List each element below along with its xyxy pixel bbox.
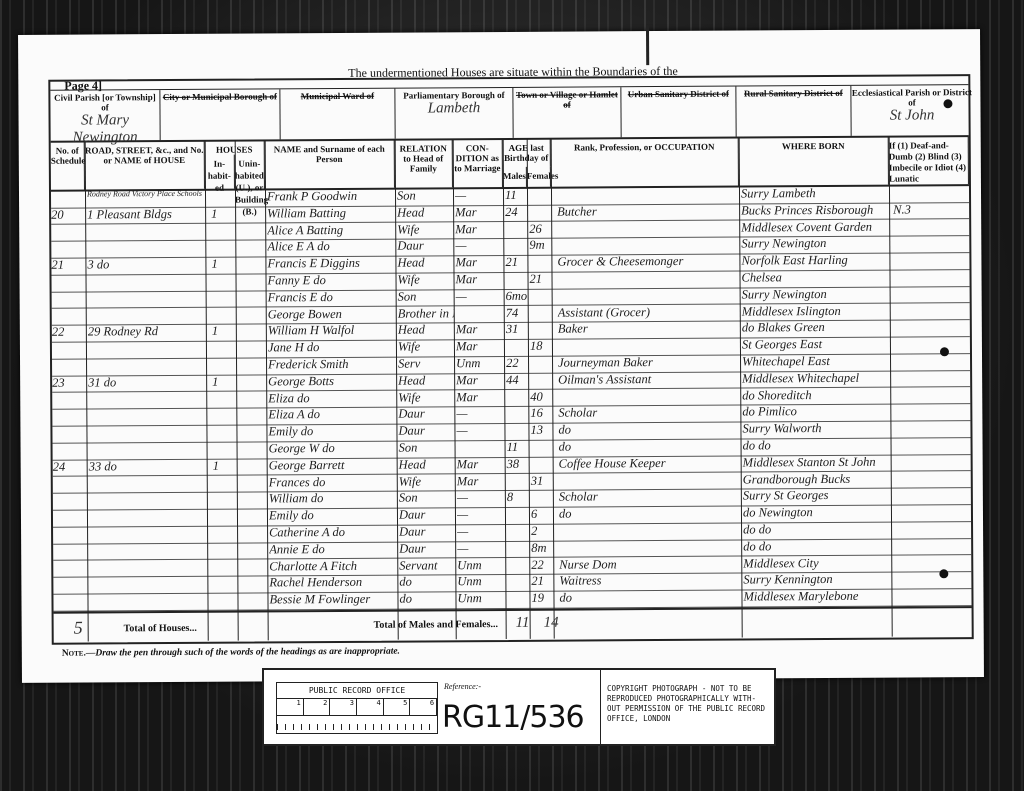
cell-relation: Head	[399, 457, 455, 472]
reference-label: Reference:-	[444, 682, 481, 691]
cell-female: 19	[531, 591, 553, 606]
scale-mark: 2	[304, 699, 331, 715]
cell-occupation: Waitress	[559, 573, 739, 589]
cell-female: 8m	[531, 540, 553, 555]
cell-condition: Mar	[456, 390, 504, 405]
archive-label: PUBLIC RECORD OFFICE 123456 Reference:- …	[262, 668, 776, 746]
cell-born: Middlesex Covent Garden	[741, 219, 889, 235]
cell-name: Jane H do	[268, 340, 396, 356]
cell-occupation: Coffee House Keeper	[559, 455, 739, 471]
column-header-condition: CON-DITION as to Marriage	[453, 139, 503, 187]
cell-occupation: Baker	[558, 321, 738, 337]
cell-condition: Mar	[455, 272, 503, 287]
females-total: 14	[544, 615, 559, 632]
cell-relation: do	[399, 575, 455, 590]
cell-female: 26	[529, 221, 551, 236]
cell-name: Bessie M Fowlinger	[269, 592, 397, 608]
column-header-inhabited: In-habit-ed	[205, 155, 235, 189]
cell-relation: Son	[398, 289, 454, 304]
header-field: Rural Sanitary District of	[736, 86, 851, 137]
cell-occupation: Nurse Dom	[559, 556, 739, 572]
column-header-uninhabited: Unin-habited (U.), or Building (B.)	[235, 154, 265, 188]
cell-road: 3 do	[87, 257, 205, 273]
cell-born: do Shoreditch	[742, 387, 890, 403]
reference-number: RG11/536	[442, 700, 584, 735]
cell-occupation: Oilman's Assistant	[558, 371, 738, 387]
cell-inhabited: 1	[211, 206, 235, 221]
cell-condition: —	[455, 188, 503, 203]
cell-occupation: Scholar	[559, 489, 739, 505]
column-header-infirmity: If (1) Deaf-and-Dumb (2) Blind (3) Imbec…	[889, 136, 969, 184]
cell-infirmity: N.3	[893, 202, 969, 217]
column-header-occupation: Rank, Profession, or OCCUPATION	[551, 138, 739, 187]
cell-occupation: Assistant (Grocer)	[558, 304, 738, 320]
cell-name: Emily do	[269, 508, 397, 524]
totals-row: 5 Total of Houses... Total of Males and …	[54, 606, 972, 647]
cell-name: Charlotte A Fitch	[269, 558, 397, 574]
cell-male: 11	[507, 440, 529, 455]
cell-born: Norfolk East Harling	[741, 253, 889, 269]
cell-relation: Wife	[399, 474, 455, 489]
cell-born: do do	[743, 522, 891, 538]
cell-relation: Head	[398, 373, 454, 388]
cell-female: 6	[531, 507, 553, 522]
copyright-notice: COPYRIGHT PHOTOGRAPH - NOT TO BE REPRODU…	[600, 670, 772, 744]
column-header-born: WHERE BORN	[739, 137, 889, 186]
cell-relation: Wife	[397, 272, 453, 287]
cell-born: Middlesex City	[743, 555, 891, 571]
cell-relation: Head	[398, 323, 454, 338]
cell-name: Fanny E do	[267, 273, 395, 289]
column-header-relation: RELATION to Head of Family	[395, 139, 453, 187]
cell-occupation: Grocer & Cheesemonger	[557, 254, 737, 270]
column-header-females: Females	[527, 167, 551, 187]
cell-born: Surry St Georges	[743, 488, 891, 504]
cell-inhabited: 1	[211, 257, 235, 272]
header-field-label: Municipal Ward of	[280, 91, 394, 102]
cell-condition: —	[457, 541, 505, 556]
cell-male: 74	[506, 305, 528, 320]
cell-road: 29 Rodney Rd	[88, 324, 206, 340]
column-header-males: Males	[503, 167, 527, 187]
header-field-value: Lambeth	[395, 100, 512, 118]
cell-born: Surry Lambeth	[741, 186, 889, 202]
cell-name: William do	[269, 491, 397, 507]
cell-born: Surry Newington	[741, 236, 889, 252]
cell-relation: Daur	[399, 541, 455, 556]
cell-condition: Mar	[456, 339, 504, 354]
cell-occupation: do	[558, 422, 738, 438]
cell-occupation: do	[559, 506, 739, 522]
cell-female: 16	[530, 406, 552, 421]
cell-condition: Mar	[457, 474, 505, 489]
header-field-label: City or Municipal Borough of	[160, 91, 279, 102]
cell-born: do do	[743, 538, 891, 554]
cell-schedule: 23	[52, 375, 86, 390]
cell-relation: Head	[397, 205, 453, 220]
cell-male: 6mo	[506, 289, 528, 304]
cell-relation: Servant	[399, 558, 455, 573]
cell-occupation: Journeyman Baker	[558, 355, 738, 371]
ink-blot	[940, 347, 949, 356]
cell-relation: Daur	[399, 507, 455, 522]
cell-born: do Newington	[743, 505, 891, 521]
cell-born: Whitechapel East	[742, 354, 890, 370]
cell-relation: Son	[399, 491, 455, 506]
cell-born: do Blakes Green	[742, 320, 890, 336]
cell-name: George Botts	[268, 373, 396, 389]
cell-relation: Head	[397, 255, 453, 270]
scale-ruler: 123456	[277, 699, 437, 716]
cell-name: Rachel Henderson	[269, 575, 397, 591]
cell-female: 31	[531, 473, 553, 488]
cell-born: Surry Kennington	[743, 572, 891, 588]
column-header-road: ROAD, STREET, &c., and No. or NAME of HO…	[85, 141, 205, 190]
cell-male: 8	[507, 490, 529, 505]
cell-condition: —	[457, 490, 505, 505]
scale-mark: 4	[357, 699, 384, 715]
header-field-label: Ecclesiastical Parish or District of	[851, 87, 972, 108]
footnote: Note.—Draw the pen through such of the w…	[62, 647, 400, 659]
cell-born: Bucks Princes Risborough	[741, 202, 889, 218]
cell-condition: Mar	[455, 205, 503, 220]
pro-scale-box: PUBLIC RECORD OFFICE 123456	[276, 682, 438, 734]
cell-occupation: Scholar	[558, 405, 738, 421]
column-headers: No. of ScheduleROAD, STREET, &c., and No…	[51, 136, 969, 192]
cell-name: George Barrett	[269, 457, 397, 473]
cell-condition: —	[457, 524, 505, 539]
cell-name: William H Walfol	[268, 323, 396, 339]
cell-name: Francis E Diggins	[267, 256, 395, 272]
cell-female: 13	[530, 423, 552, 438]
scale-mark: 1	[277, 699, 304, 715]
ink-blot	[939, 569, 948, 578]
cell-name: William Batting	[267, 205, 395, 221]
cell-relation: Daur	[397, 239, 453, 254]
cell-condition: Mar	[457, 457, 505, 472]
cell-relation: do	[399, 591, 455, 606]
cell-male: 22	[506, 356, 528, 371]
cell-condition: —	[455, 238, 503, 253]
cell-road: 1 Pleasant Bldgs	[87, 207, 205, 223]
cell-condition: —	[457, 507, 505, 522]
cell-condition: Unm	[457, 558, 505, 573]
header-field: Civil Parish [or Township] ofSt Mary New…	[50, 90, 160, 141]
cell-name: Catherine A do	[269, 525, 397, 541]
census-rows: Rodney Road Victory Place SchoolsFrank P…	[51, 186, 972, 612]
cell-male: 11	[505, 188, 527, 203]
cell-name: Eliza A do	[268, 407, 396, 423]
cell-name: Eliza do	[268, 390, 396, 406]
cell-born: do Pimlico	[742, 404, 890, 420]
cell-relation: Wife	[397, 222, 453, 237]
header-field: Town or Village or Hamlet of	[513, 87, 621, 138]
census-form: Civil Parish [or Township] ofSt Mary New…	[48, 74, 973, 645]
cell-condition: —	[456, 289, 504, 304]
cell-relation: Son	[399, 440, 455, 455]
males-total: 11	[516, 615, 530, 632]
census-page: Page 4] The undermentioned Houses are si…	[18, 29, 984, 683]
cell-condition: Mar	[456, 373, 504, 388]
header-field-label: Parliamentary Borough of	[395, 90, 512, 101]
cell-relation: Serv	[398, 356, 454, 371]
header-field-label: Rural Sanitary District of	[736, 88, 850, 99]
page-fold	[646, 25, 649, 65]
cell-occupation: do	[559, 590, 739, 606]
cell-condition: Mar	[455, 255, 503, 270]
cell-born: Middlesex Marylebone	[743, 589, 891, 605]
cell-name: Frances do	[269, 474, 397, 490]
cell-schedule: 22	[52, 325, 86, 340]
header-field: Urban Sanitary District of	[621, 87, 736, 138]
cell-female: 21	[531, 574, 553, 589]
column-header-schedule: No. of Schedule	[51, 142, 85, 190]
cell-name: Frederick Smith	[268, 357, 396, 373]
cell-male: 24	[505, 205, 527, 220]
inch-ticks	[277, 716, 437, 730]
scale-mark: 3	[330, 699, 357, 715]
cell-name: George W do	[269, 441, 397, 457]
header-field-value: St John	[851, 107, 972, 125]
cell-male: 44	[506, 373, 528, 388]
header-field: City or Municipal Borough of	[160, 89, 280, 140]
header-field: Parliamentary Borough ofLambeth	[395, 88, 513, 139]
cell-name: Annie E do	[269, 541, 397, 557]
cell-born: Surry Walworth	[742, 421, 890, 437]
cell-relation: Daur	[398, 423, 454, 438]
cell-name: Francis E do	[268, 289, 396, 305]
cell-relation: Daur	[398, 407, 454, 422]
cell-condition: Unm	[457, 574, 505, 589]
cell-name: Emily do	[268, 424, 396, 440]
cell-female: 21	[529, 272, 551, 287]
cell-born: Grandborough Bucks	[743, 471, 891, 487]
cell-road: 33 do	[89, 459, 207, 475]
cell-name: Alice E A do	[267, 239, 395, 255]
cell-condition: Mar	[455, 222, 503, 237]
cell-name: Alice A Batting	[267, 222, 395, 238]
header-field: Ecclesiastical Parish or District ofSt J…	[851, 85, 972, 136]
column-header-name: NAME and Surname of each Person	[265, 140, 395, 189]
cell-condition: Unm	[457, 591, 505, 606]
cell-condition: —	[456, 406, 504, 421]
cell-born: do do	[743, 438, 891, 454]
scale-mark: 6	[410, 699, 437, 715]
boundary-header: Civil Parish [or Township] ofSt Mary New…	[50, 84, 968, 143]
cell-occupation: Butcher	[557, 203, 737, 219]
cell-road: Rodney Road Victory Place Schools	[87, 190, 205, 199]
cell-male: 31	[506, 322, 528, 337]
cell-male: 21	[505, 255, 527, 270]
cell-inhabited: 1	[212, 324, 236, 339]
cell-relation: Wife	[398, 390, 454, 405]
houses-total: 5	[74, 618, 83, 639]
cell-female: 40	[530, 389, 552, 404]
cell-born: Middlesex Whitechapel	[742, 370, 890, 386]
cell-female: 2	[531, 524, 553, 539]
persons-total-label: Total of Males and Females...	[374, 619, 498, 631]
cell-male: 38	[507, 457, 529, 472]
cell-female: 18	[530, 339, 552, 354]
cell-born: Middlesex Islington	[742, 303, 890, 319]
cell-condition: —	[456, 423, 504, 438]
header-field-label: Urban Sanitary District of	[621, 89, 735, 100]
cell-name: George Bowen	[268, 306, 396, 322]
header-field-label: Town or Village or Hamlet of	[513, 89, 620, 110]
cell-born: Chelsea	[741, 270, 889, 286]
cell-female: 22	[531, 557, 553, 572]
cell-relation: Son	[397, 188, 453, 203]
header-field-label: Civil Parish [or Township] of	[50, 92, 159, 113]
houses-total-label: Total of Houses...	[124, 623, 197, 634]
cell-born: St Georges East	[742, 337, 890, 353]
scale-mark: 5	[384, 699, 411, 715]
ink-blot	[943, 99, 952, 108]
cell-born: Surry Newington	[742, 286, 890, 302]
header-field: Municipal Ward of	[280, 89, 395, 140]
cell-schedule: 20	[51, 207, 85, 222]
cell-road: 31 do	[88, 375, 206, 391]
cell-schedule: 24	[53, 459, 87, 474]
cell-name: Frank P Goodwin	[267, 189, 395, 205]
cell-female: 9m	[529, 238, 551, 253]
cell-relation: Brother in Law	[398, 306, 454, 321]
cell-condition: Mar	[456, 322, 504, 337]
cell-inhabited: 1	[213, 458, 237, 473]
cell-born: Middlesex Stanton St John	[743, 454, 891, 470]
cell-relation: Daur	[399, 524, 455, 539]
cell-occupation: do	[559, 439, 739, 455]
cell-inhabited: 1	[212, 374, 236, 389]
cell-schedule: 21	[51, 258, 85, 273]
office-name: PUBLIC RECORD OFFICE	[277, 683, 437, 699]
cell-relation: Wife	[398, 339, 454, 354]
cell-condition: Unm	[456, 356, 504, 371]
